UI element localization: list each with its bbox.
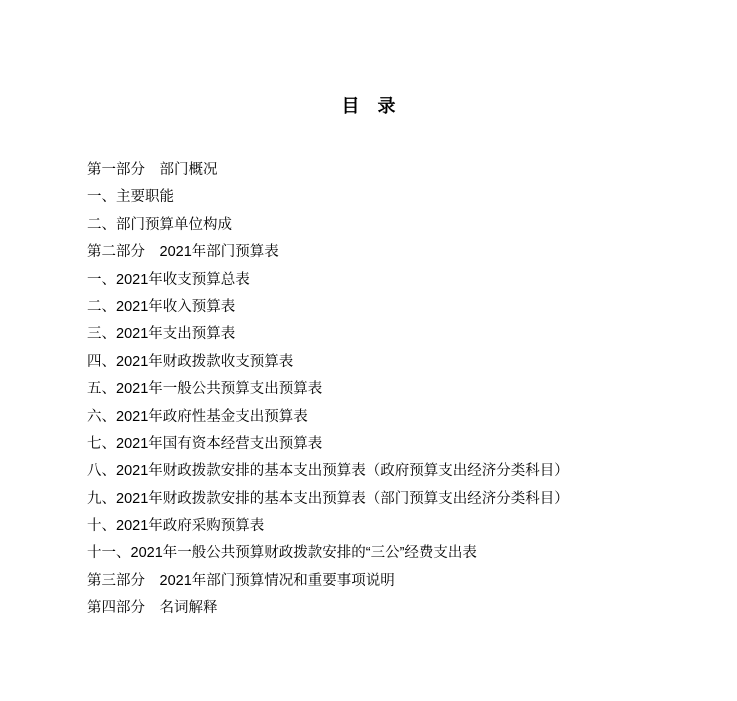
page-title: 目 录 [0,94,737,118]
toc-entry: 三、2021年支出预算表 [87,321,717,348]
toc-section-heading: 第一部分 部门概况 [87,157,717,184]
table-of-contents: 第一部分 部门概况 一、主要职能 二、部门预算单位构成 第二部分 2021年部门… [87,157,717,623]
toc-section-heading: 第二部分 2021年部门预算表 [87,239,717,266]
toc-entry: 六、2021年政府性基金支出预算表 [87,404,717,431]
toc-entry: 二、部门预算单位构成 [87,212,717,239]
toc-entry: 八、2021年财政拨款安排的基本支出预算表（政府预算支出经济分类科目） [87,458,717,485]
toc-entry: 十、2021年政府采购预算表 [87,513,717,540]
toc-section-heading: 第三部分 2021年部门预算情况和重要事项说明 [87,568,717,595]
document-page: 目 录 第一部分 部门概况 一、主要职能 二、部门预算单位构成 第二部分 202… [0,0,737,701]
toc-entry: 七、2021年国有资本经营支出预算表 [87,431,717,458]
toc-entry: 四、2021年财政拨款收支预算表 [87,349,717,376]
toc-section-heading: 第四部分 名词解释 [87,595,717,622]
toc-entry: 十一、2021年一般公共预算财政拨款安排的“三公”经费支出表 [87,540,717,567]
toc-entry: 二、2021年收入预算表 [87,294,717,321]
toc-entry: 一、2021年收支预算总表 [87,267,717,294]
toc-entry: 一、主要职能 [87,184,717,211]
toc-entry: 五、2021年一般公共预算支出预算表 [87,376,717,403]
toc-entry: 九、2021年财政拨款安排的基本支出预算表（部门预算支出经济分类科目） [87,486,717,513]
